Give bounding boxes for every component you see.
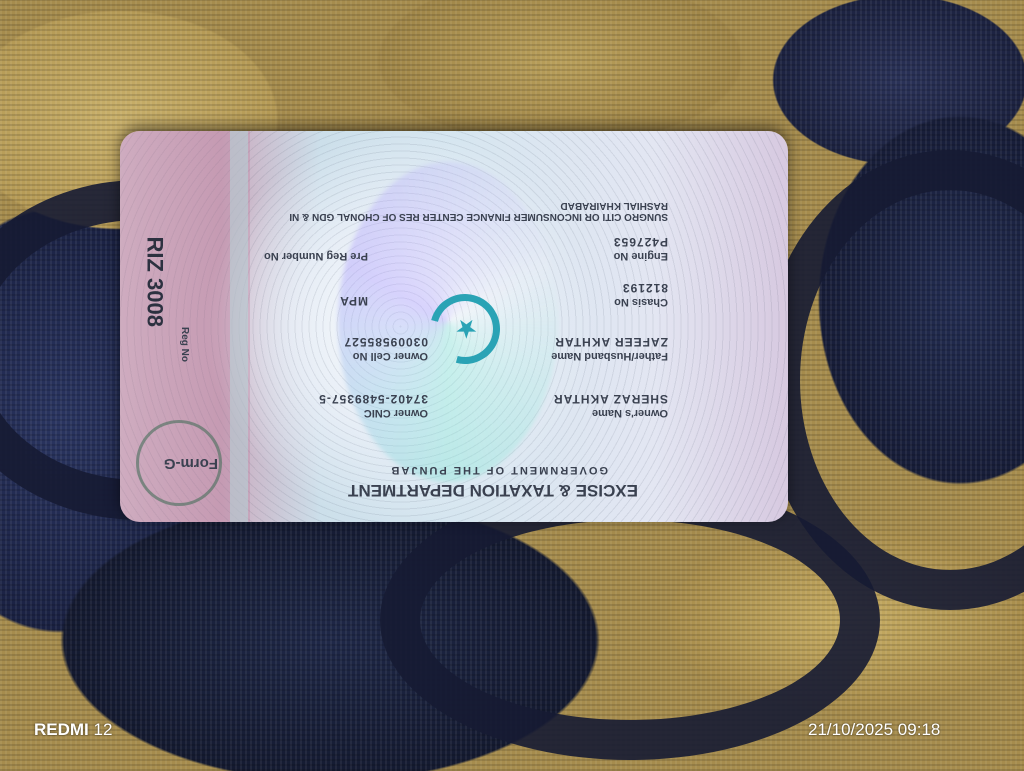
- father-name-label: Father/Husband Name: [551, 350, 668, 362]
- engine-label: Engine No: [614, 250, 668, 262]
- card-security-stripe: [230, 131, 248, 522]
- pre-reg-label: Pre Reg Number No: [264, 250, 368, 262]
- owner-cell-label: Owner Cell No: [353, 350, 428, 362]
- camera-brand: REDMI: [34, 720, 89, 739]
- star-emblem-icon: ★: [455, 313, 478, 344]
- engine-value: P427653: [613, 235, 668, 249]
- owner-cnic-label: Owner CNIC: [364, 407, 428, 419]
- chasis-label: Chasis No: [614, 296, 668, 308]
- father-name-value: ZAFEER AKHTAR: [554, 335, 668, 349]
- owner-name-value: SHERAZ AKHTAR: [553, 392, 668, 406]
- address-text: SUNGRO CITI OR INCONSUMER FINANCE CENTER…: [248, 200, 668, 222]
- department-title: EXCISE & TAXATION DEPARTMENT: [348, 480, 638, 500]
- vehicle-registration-card: ★ EXCISE & TAXATION DEPARTMENT GOVERNMEN…: [120, 131, 788, 522]
- owner-cnic-value: 37402-5489357-5: [318, 392, 428, 406]
- camera-watermark: REDMI 12: [34, 720, 112, 740]
- chasis-value: 812193: [622, 281, 668, 295]
- form-label: Form-G: [164, 455, 218, 472]
- photo-timestamp: 21/10/2025 09:18: [808, 720, 940, 740]
- camera-model: 12: [94, 720, 113, 739]
- reg-no-value: RIZ 3008: [142, 237, 168, 328]
- owner-name-label: Owner's Name: [592, 407, 668, 419]
- reg-no-label: Reg No: [179, 327, 190, 362]
- government-title: GOVERNMENT OF THE PUNJAB: [389, 464, 608, 476]
- owner-cell-value: 03009585527: [344, 335, 428, 349]
- pre-reg-value: MPA: [339, 294, 368, 308]
